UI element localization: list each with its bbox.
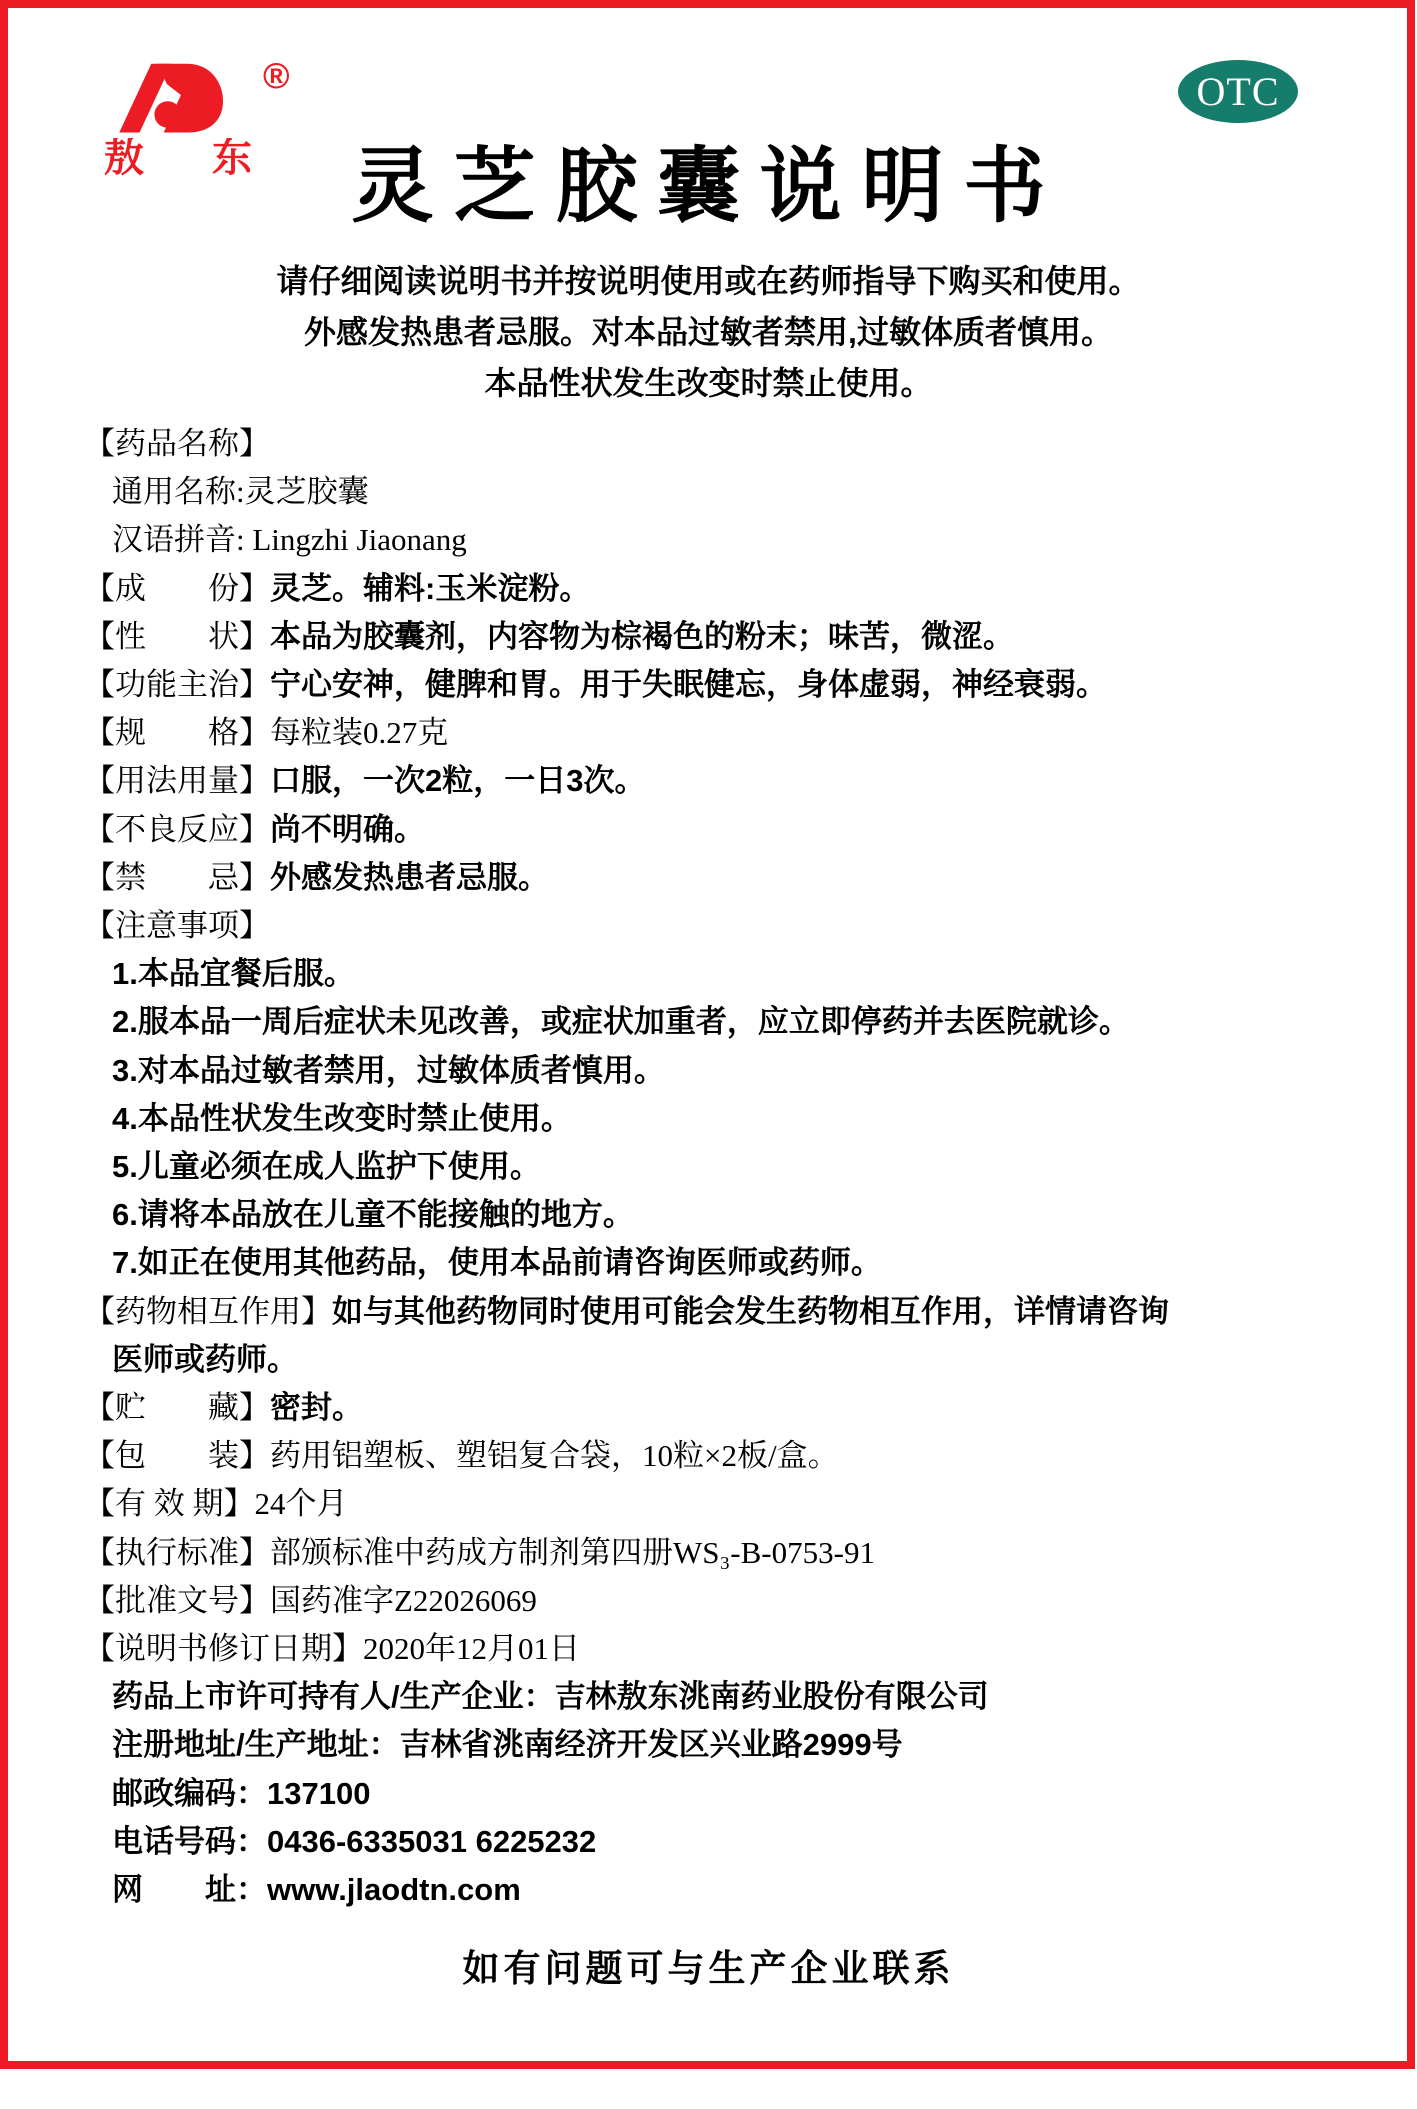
line-dosage: 【用法用量】口服，一次2粒，一日3次。 [84, 757, 1369, 805]
registered-trademark-icon: ® [263, 58, 290, 94]
field-text: 本品为胶囊剂，内容物为棕褐色的粉末；味苦，微涩。 [270, 619, 1014, 654]
field-text: 7.如正在使用其他药品，使用本品前请咨询医师或药师。 [112, 1245, 882, 1280]
brand-logo: ® 敖东 [103, 56, 303, 134]
note-item-6: 6.请将本品放在儿童不能接触的地方。 [84, 1191, 1369, 1239]
field-label: 药品上市许可持有人/生产企业： [112, 1679, 555, 1714]
field-text: 吉林敖东洮南药业股份有限公司 [555, 1679, 989, 1714]
field-text: www.jlaodtn.com [267, 1872, 521, 1907]
line-drug-name: 【药品名称】 [84, 420, 1369, 468]
field-text: 医师或药师。 [112, 1342, 298, 1377]
line-address: 注册地址/生产地址：吉林省洮南经济开发区兴业路2999号 [84, 1721, 1369, 1769]
line-standard: 【执行标准】部颁标准中药成方制剂第四册WS₃-B-0753-91 [84, 1529, 1369, 1577]
note-item-4: 4.本品性状发生改变时禁止使用。 [84, 1095, 1369, 1143]
section-label: 【注意事项】 [84, 908, 270, 943]
line-storage: 【贮 藏】密封。 [84, 1384, 1369, 1432]
line-pinyin: 汉语拼音: Lingzhi Jiaonang [84, 516, 1369, 564]
field-text: 如与其他药物同时使用可能会发生药物相互作用，详情请咨询 [332, 1294, 1169, 1329]
line-generic-name: 通用名称:灵芝胶囊 [84, 468, 1369, 516]
warning-line: 本品性状发生改变时禁止使用。 [0, 358, 1417, 409]
line-validity: 【有 效 期】24个月 [84, 1480, 1369, 1528]
section-label: 【执行标准】 [84, 1535, 270, 1570]
line-contraindications: 【禁 忌】外感发热患者忌服。 [84, 854, 1369, 902]
field-label: 网 址： [112, 1872, 267, 1907]
field-text: 0436-6335031 6225232 [267, 1824, 596, 1859]
field-text: 汉语拼音: Lingzhi Jiaonang [112, 522, 467, 557]
line-ingredients: 【成 份】灵芝。辅料:玉米淀粉。 [84, 565, 1369, 613]
line-adverse-reactions: 【不良反应】尚不明确。 [84, 806, 1369, 854]
note-item-5: 5.儿童必须在成人监护下使用。 [84, 1143, 1369, 1191]
note-item-1: 1.本品宜餐后服。 [84, 950, 1369, 998]
line-specification: 【规 格】每粒装0.27克 [84, 709, 1369, 757]
field-text: 口服，一次2粒，一日3次。 [270, 763, 645, 798]
line-revision-date: 【说明书修订日期】2020年12月01日 [84, 1625, 1369, 1673]
line-interactions-cont: 医师或药师。 [84, 1336, 1369, 1384]
field-text: 3.对本品过敏者禁用，过敏体质者慎用。 [112, 1053, 665, 1088]
line-functions: 【功能主治】宁心安神，健脾和胃。用于失眠健忘，身体虚弱，神经衰弱。 [84, 661, 1369, 709]
page-title: 灵芝胶囊说明书 [0, 142, 1417, 232]
section-label: 【批准文号】 [84, 1583, 270, 1618]
section-label: 【说明书修订日期】 [84, 1631, 363, 1666]
field-text: 密封。 [270, 1390, 363, 1425]
section-label: 【药品名称】 [84, 426, 270, 461]
section-label: 【禁 忌】 [84, 860, 270, 895]
field-text: 药用铝塑板、塑铝复合袋，10粒×2板/盒。 [270, 1438, 839, 1473]
note-item-2: 2.服本品一周后症状未见改善，或症状加重者，应立即停药并去医院就诊。 [84, 998, 1369, 1046]
line-postcode: 邮政编码：137100 [84, 1770, 1369, 1818]
warning-line: 请仔细阅读说明书并按说明使用或在药师指导下购买和使用。 [0, 256, 1417, 307]
line-phone: 电话号码：0436-6335031 6225232 [84, 1818, 1369, 1866]
section-label: 【药物相互作用】 [84, 1294, 332, 1329]
field-text: 2.服本品一周后症状未见改善，或症状加重者，应立即停药并去医院就诊。 [112, 1004, 1130, 1039]
field-text: 24个月 [255, 1486, 348, 1521]
field-text: 4.本品性状发生改变时禁止使用。 [112, 1101, 572, 1136]
field-text: 宁心安神，健脾和胃。用于失眠健忘，身体虚弱，神经衰弱。 [270, 667, 1107, 702]
field-text: 吉林省洮南经济开发区兴业路2999号 [400, 1727, 903, 1762]
section-label: 【贮 藏】 [84, 1390, 270, 1425]
ad-monogram-icon [103, 56, 237, 134]
field-label: 电话号码： [112, 1824, 267, 1859]
field-text: 通用名称:灵芝胶囊 [112, 474, 369, 509]
warning-line: 外感发热患者忌服。对本品过敏者禁用,过敏体质者慎用。 [0, 307, 1417, 358]
line-approval-number: 【批准文号】国药准字Z22026069 [84, 1577, 1369, 1625]
line-precautions: 【注意事项】 [84, 902, 1369, 950]
section-label: 【功能主治】 [84, 667, 270, 702]
line-license-holder: 药品上市许可持有人/生产企业：吉林敖东洮南药业股份有限公司 [84, 1673, 1369, 1721]
line-website: 网 址：www.jlaodtn.com [84, 1866, 1369, 1914]
section-label: 【性 状】 [84, 619, 270, 654]
otc-badge: OTC [1178, 60, 1298, 123]
field-text: 5.儿童必须在成人监护下使用。 [112, 1149, 541, 1184]
warning-block: 请仔细阅读说明书并按说明使用或在药师指导下购买和使用。 外感发热患者忌服。对本品… [0, 256, 1417, 409]
line-interactions: 【药物相互作用】如与其他药物同时使用可能会发生药物相互作用，详情请咨询 [84, 1288, 1369, 1336]
section-label: 【用法用量】 [84, 763, 270, 798]
section-label: 【包 装】 [84, 1438, 270, 1473]
field-label: 注册地址/生产地址： [112, 1727, 400, 1762]
section-label: 【规 格】 [84, 715, 270, 750]
field-text: 外感发热患者忌服。 [270, 860, 549, 895]
field-label: 邮政编码： [112, 1776, 267, 1811]
section-label: 【有 效 期】 [84, 1486, 255, 1521]
field-text: 1.本品宜餐后服。 [112, 956, 355, 991]
note-item-7: 7.如正在使用其他药品，使用本品前请咨询医师或药师。 [84, 1239, 1369, 1287]
field-text: 尚不明确。 [270, 812, 425, 847]
note-item-3: 3.对本品过敏者禁用，过敏体质者慎用。 [84, 1047, 1369, 1095]
leaflet-body: 【药品名称】 通用名称:灵芝胶囊 汉语拼音: Lingzhi Jiaonang … [84, 420, 1369, 1914]
field-text: 137100 [267, 1776, 370, 1811]
leaflet-page: ® 敖东 OTC 灵芝胶囊说明书 请仔细阅读说明书并按说明使用或在药师指导下购买… [0, 0, 1417, 2109]
field-text: 2020年12月01日 [363, 1631, 580, 1666]
field-text: 灵芝。辅料:玉米淀粉。 [270, 571, 590, 606]
field-text: 国药准字Z22026069 [270, 1583, 537, 1618]
line-packaging: 【包 装】药用铝塑板、塑铝复合袋，10粒×2板/盒。 [84, 1432, 1369, 1480]
footer-contact-note: 如有问题可与生产企业联系 [0, 1938, 1417, 1992]
line-properties: 【性 状】本品为胶囊剂，内容物为棕褐色的粉末；味苦，微涩。 [84, 613, 1369, 661]
field-text: 6.请将本品放在儿童不能接触的地方。 [112, 1197, 634, 1232]
section-label: 【不良反应】 [84, 812, 270, 847]
field-text: 每粒装0.27克 [270, 715, 448, 750]
section-label: 【成 份】 [84, 571, 270, 606]
field-text: 部颁标准中药成方制剂第四册WS₃-B-0753-91 [270, 1535, 875, 1570]
